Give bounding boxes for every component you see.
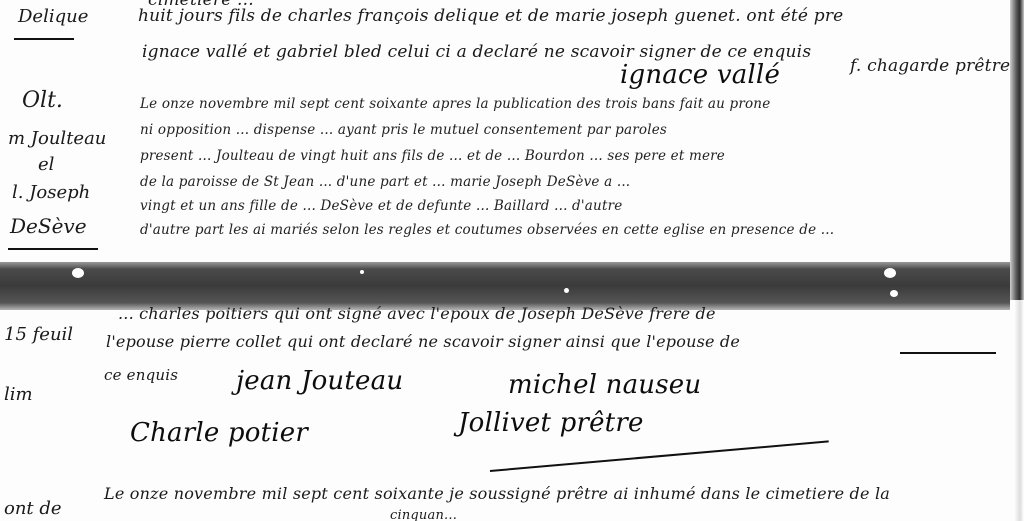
signature-flourish [490, 440, 829, 472]
margin-underline [8, 248, 98, 250]
text-line: ... charles poitiers qui ont signé avec … [118, 304, 716, 323]
text-line: ignace vallé et gabriel bled celui ci a … [142, 42, 811, 62]
signature: jean Jouteau [236, 366, 403, 396]
text-line: l'epouse pierre collet qui ont declaré n… [106, 332, 740, 351]
text-line: Le onze novembre mil sept cent soixante … [140, 96, 770, 112]
margin-note-ont: ont de [4, 498, 62, 519]
text-line: d'autre part les ai mariés selon les reg… [140, 222, 834, 238]
margin-note-olt: Olt. [22, 88, 63, 113]
margin-note-joulteau: m Joulteau [8, 128, 106, 149]
margin-note-feuil: 15 feuil [4, 324, 73, 345]
page-edge [1010, 0, 1024, 300]
document-page: Delique Olt. m Joulteau el l. Joseph DeS… [0, 0, 1024, 521]
signature: Charle potier [130, 418, 308, 448]
text-line: Le onze novembre mil sept cent soixante … [104, 484, 890, 503]
signature: Jollivet prêtre [458, 408, 644, 438]
text-line: ni opposition ... dispense ... ayant pri… [140, 122, 667, 138]
page-edge [1014, 300, 1024, 521]
signature: michel nauseu [508, 370, 701, 400]
text-line: vingt et un ans fille de ... DeSève et d… [140, 198, 622, 214]
text-line: huit jours fils de charles françois deli… [138, 6, 843, 26]
margin-note-deseve: DeSève [10, 214, 87, 238]
margin-note-joseph: l. Joseph [12, 182, 90, 203]
margin-underline [14, 38, 74, 40]
margin-note-el: el [38, 154, 54, 175]
line-underline [900, 352, 996, 354]
text-line: ce enquis [104, 366, 178, 384]
text-line: de la paroisse de St Jean ... d'une part… [140, 174, 630, 190]
margin-note-delique: Delique [18, 6, 88, 27]
signature: f. chagarde prêtre [850, 56, 1010, 76]
signature: ignace vallé [620, 60, 780, 90]
page-fold-shadow [0, 262, 1010, 310]
margin-note-lim: lim [4, 384, 33, 405]
text-line: cinquan... [390, 508, 457, 521]
text-line: present ... Joulteau de vingt huit ans f… [140, 148, 725, 164]
